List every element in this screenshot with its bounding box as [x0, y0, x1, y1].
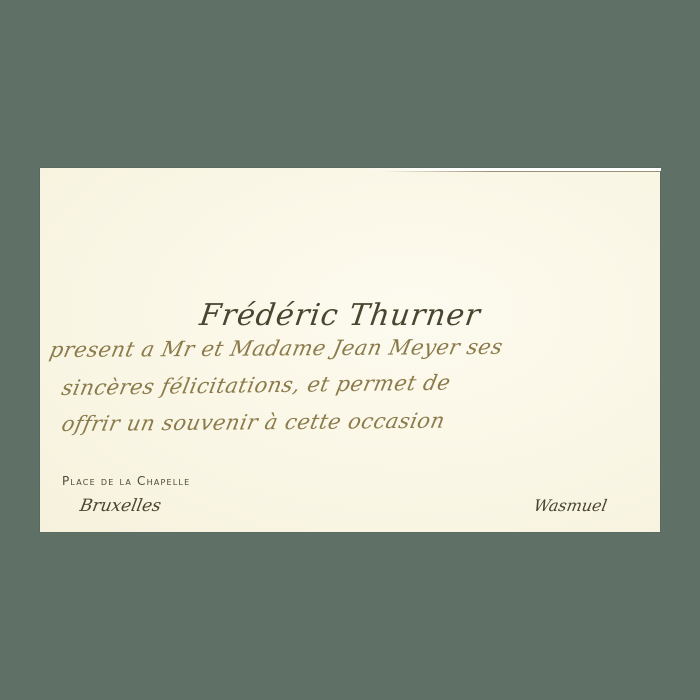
handwritten-line-2: sincères félicitations, et permet de [60, 371, 453, 400]
handwritten-line-1: present a Mr et Madame Jean Meyer ses [48, 335, 506, 362]
handwritten-line-3: offrir un souvenir à cette occasion [60, 409, 448, 436]
printer-mark: Wasmuel [532, 496, 608, 515]
city: Bruxelles [78, 496, 162, 516]
printed-name: Frédéric Thurner [198, 298, 483, 333]
address-line: Place de la Chapelle [62, 474, 190, 488]
visiting-card: Frédéric Thurner present a Mr et Madame … [40, 168, 660, 532]
